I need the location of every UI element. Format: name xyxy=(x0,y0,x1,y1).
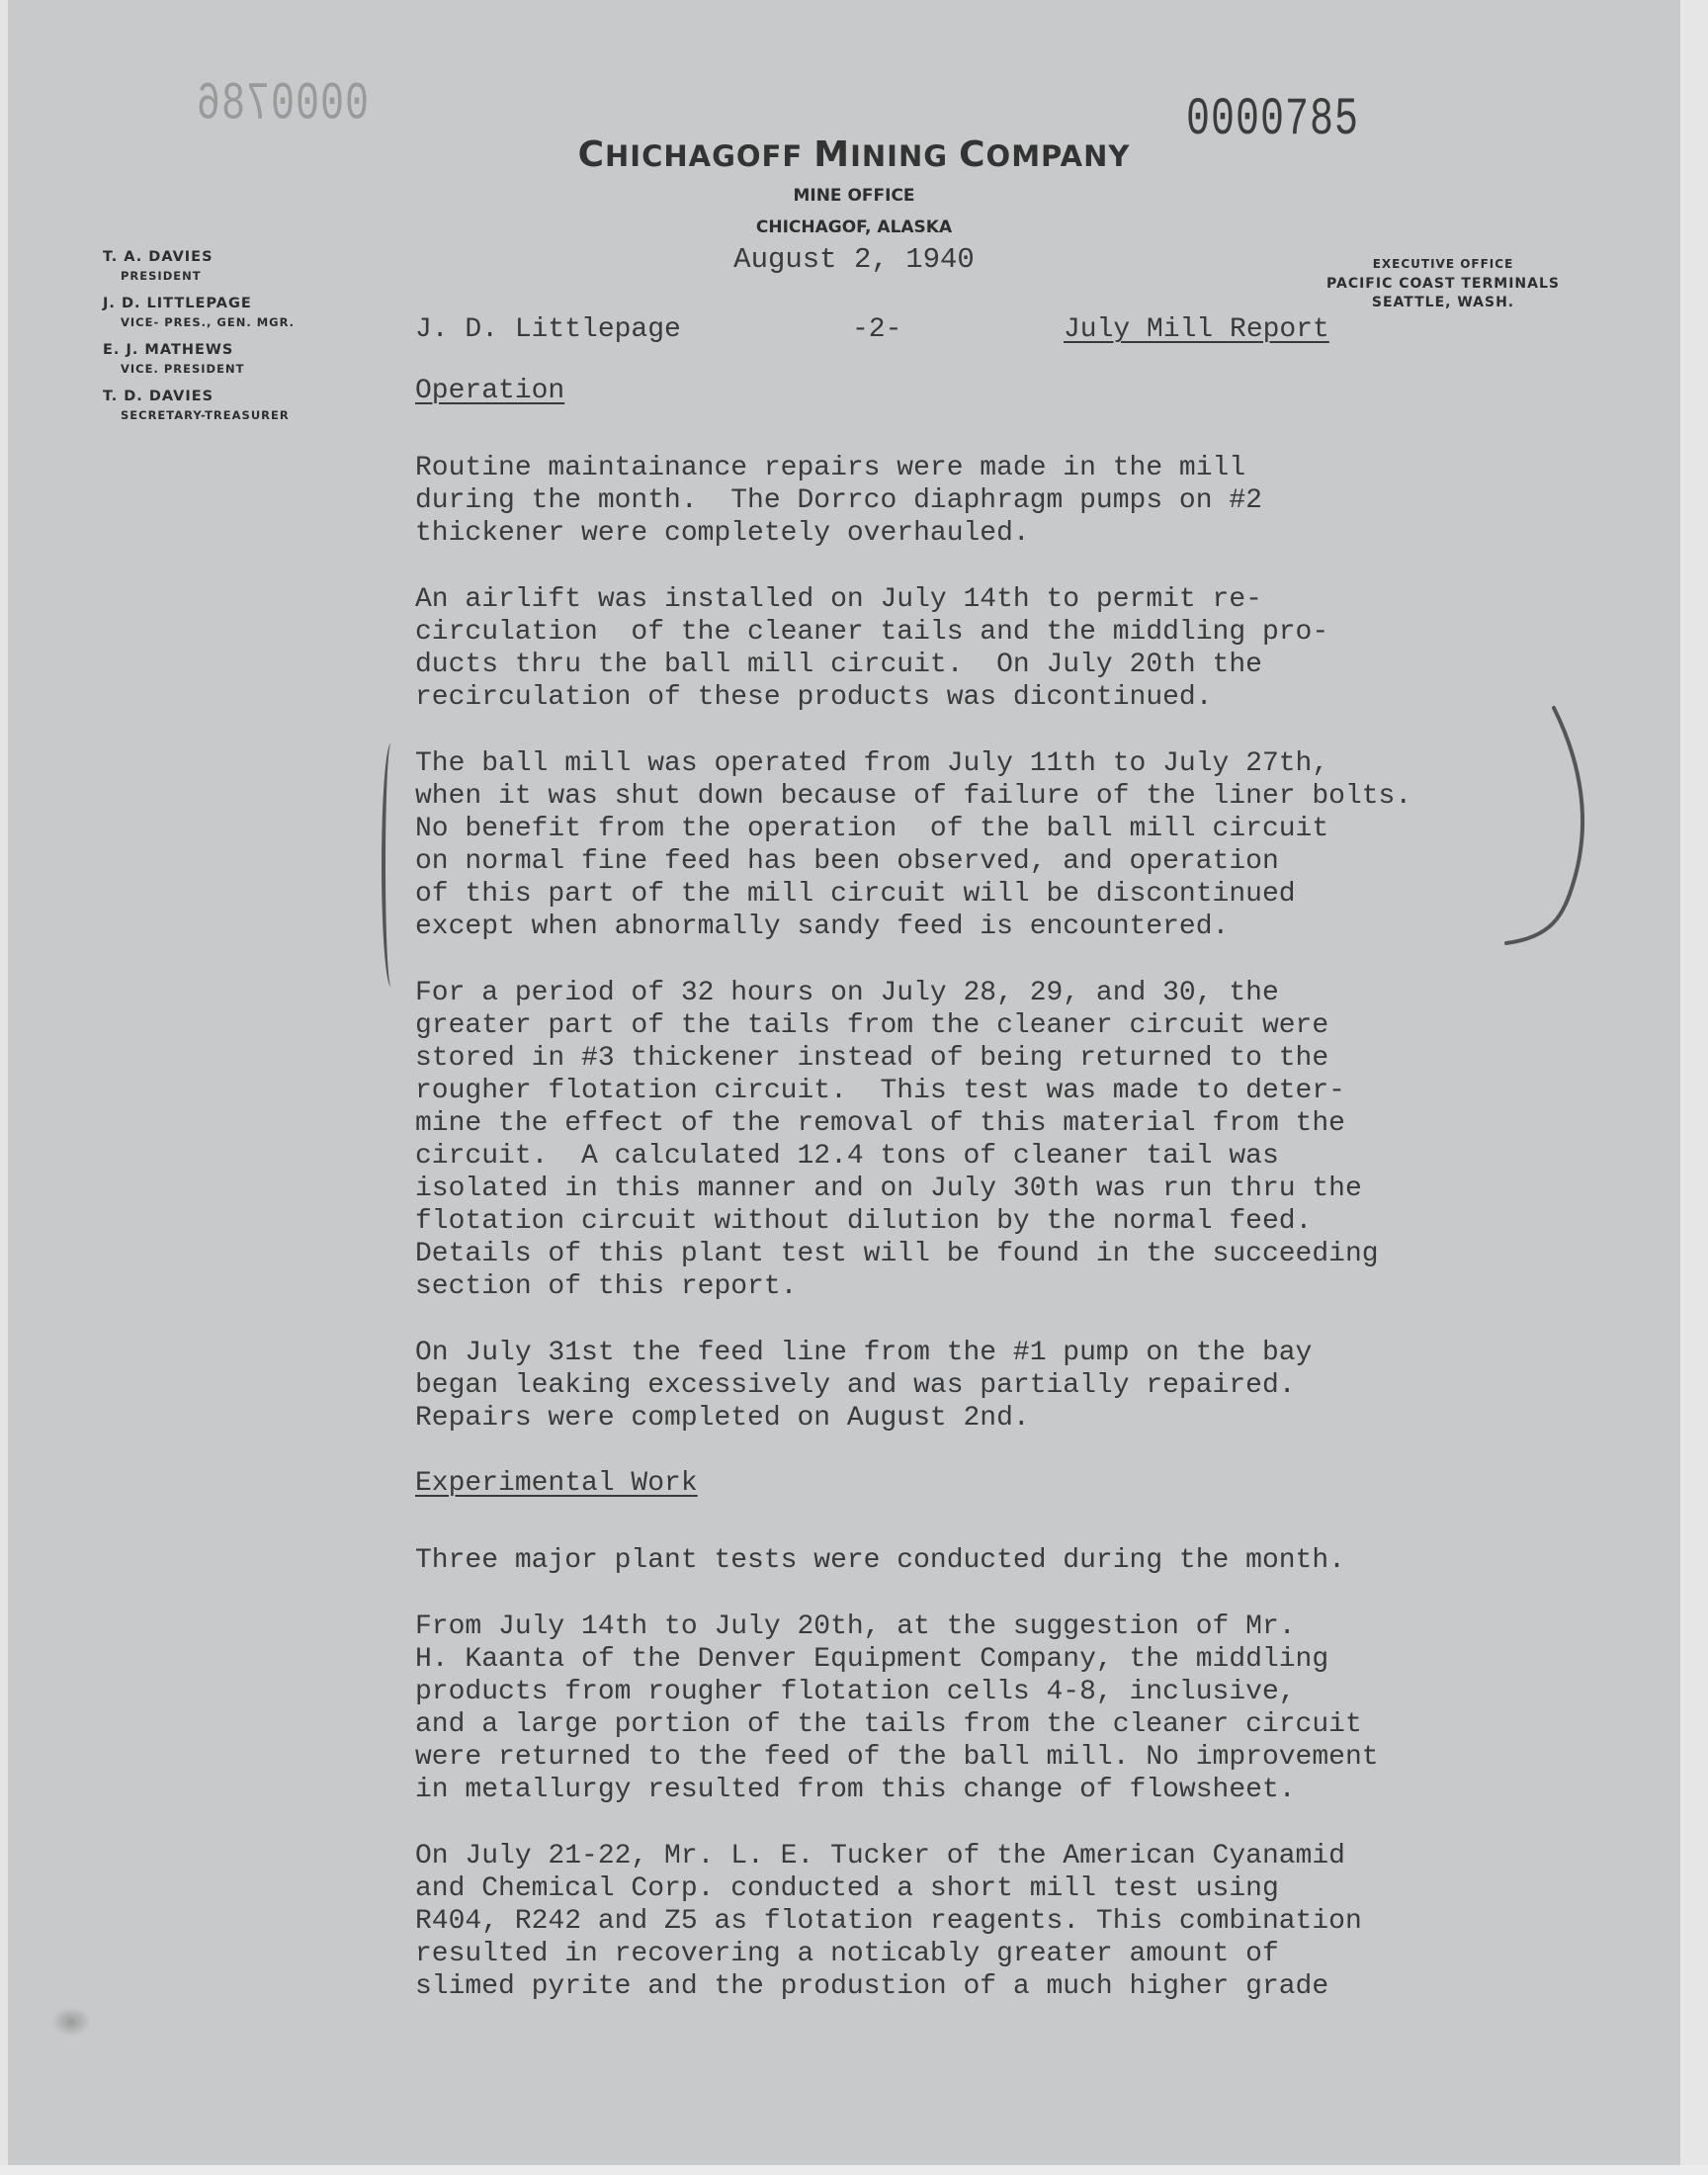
officers-list: T. A. DAVIES PRESIDENT J. D. LITTLEPAGE … xyxy=(103,249,295,435)
company-name: CHICHAGOFF MINING COMPANY xyxy=(0,134,1708,175)
section-heading-experimental-work: Experimental Work xyxy=(415,1468,698,1499)
exec-office-city: SEATTLE, WASH. xyxy=(1285,295,1601,310)
mine-office: MINE OFFICE xyxy=(0,186,1708,206)
exec-office-name: PACIFIC COAST TERMINALS xyxy=(1285,276,1601,292)
paragraph: Three major plant tests were conducted d… xyxy=(415,1544,1601,1577)
paragraph: An airlift was installed on July 14th to… xyxy=(415,583,1601,714)
officer-name: T. D. DAVIES xyxy=(103,389,295,404)
report-body: Operation Routine maintainance repairs w… xyxy=(415,376,1601,2003)
paragraph: For a period of 32 hours on July 28, 29,… xyxy=(415,977,1601,1303)
officer-name: J. D. LITTLEPAGE xyxy=(103,296,295,311)
officer-name: E. J. MATHEWS xyxy=(103,342,295,358)
scan-edge-bottom xyxy=(0,2165,1708,2175)
paragraph: On July 21-22, Mr. L. E. Tucker of the A… xyxy=(415,1840,1601,2003)
handwritten-bracket-left xyxy=(382,743,405,987)
exec-office-label: EXECUTIVE OFFICE xyxy=(1285,257,1601,271)
report-title: July Mill Report xyxy=(1064,314,1329,345)
executive-office-block: EXECUTIVE OFFICE PACIFIC COAST TERMINALS… xyxy=(1285,257,1601,310)
scan-edge xyxy=(1680,0,1708,2175)
officer-name: T. A. DAVIES xyxy=(103,249,295,265)
officer-title: PRESIDENT xyxy=(121,269,295,283)
paragraph-bracketed: The ball mill was operated from July 11t… xyxy=(415,747,1601,943)
faded-mirrored-stamp: 0000786 xyxy=(196,75,369,135)
officer-title: SECRETARY-TREASURER xyxy=(121,408,295,422)
officer-title: VICE. PRESIDENT xyxy=(121,362,295,376)
page-number: -2- xyxy=(852,314,901,345)
recipient: J. D. Littlepage xyxy=(415,314,681,345)
paragraph: Routine maintainance repairs were made i… xyxy=(415,452,1601,550)
ink-smudge xyxy=(51,2007,91,2037)
officer-title: VICE- PRES., GEN. MGR. xyxy=(121,315,295,329)
paragraph: From July 14th to July 20th, at the sugg… xyxy=(415,1610,1601,1806)
location: CHICHAGOF, ALASKA xyxy=(0,217,1708,237)
paragraph: On July 31st the feed line from the #1 p… xyxy=(415,1337,1601,1435)
section-heading-operation: Operation xyxy=(415,376,564,406)
